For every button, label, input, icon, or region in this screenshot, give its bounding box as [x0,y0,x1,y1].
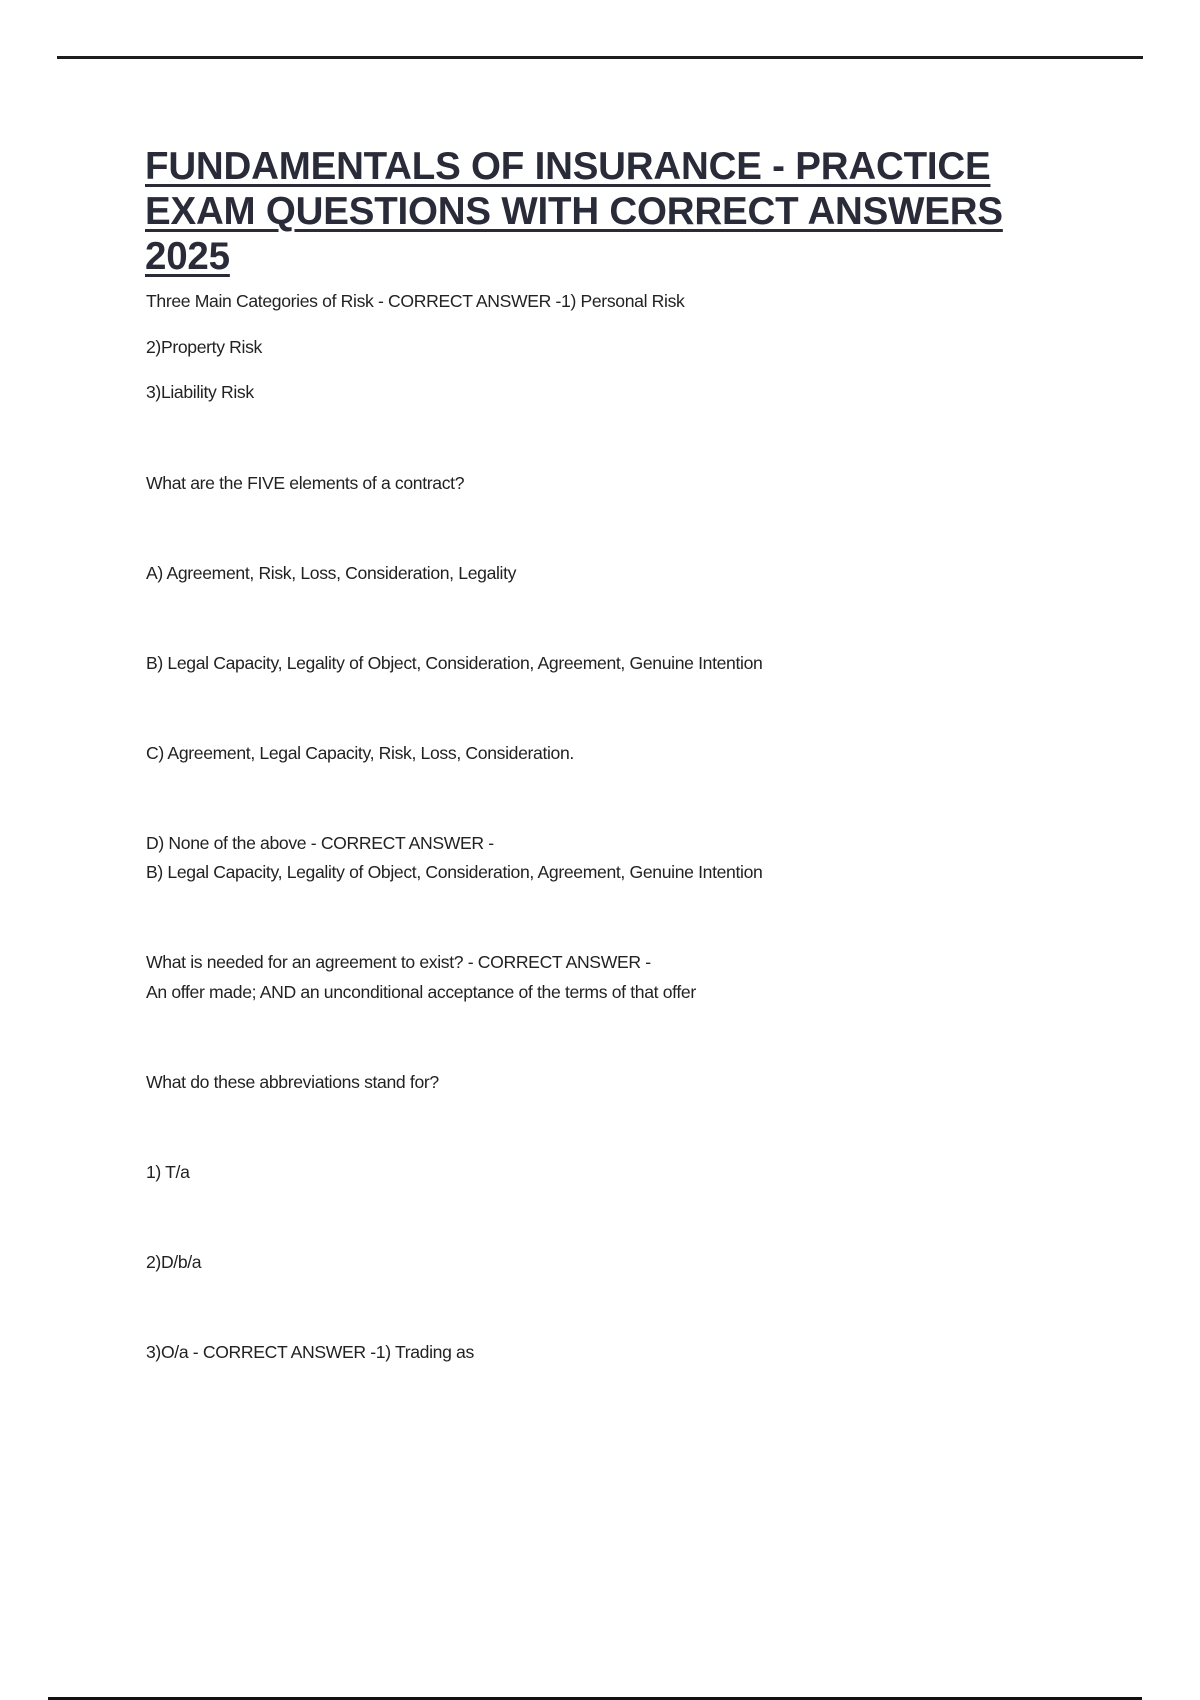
title-line-3: 2025 [145,235,230,278]
q2-question: What are the FIVE elements of a contract… [146,472,464,494]
q2-option-b: B) Legal Capacity, Legality of Object, C… [146,652,762,674]
q4-item-1: 1) T/a [146,1161,190,1183]
q3-answer: An offer made; AND an unconditional acce… [146,981,696,1003]
q1-answer-line-2: 2)Property Risk [146,336,262,358]
title-line-2: EXAM QUESTIONS WITH CORRECT ANSWERS [145,190,1003,233]
q2-option-d: D) None of the above - CORRECT ANSWER - [146,832,494,854]
q1-question: Three Main Categories of Risk - CORRECT … [146,290,684,312]
q2-option-a: A) Agreement, Risk, Loss, Consideration,… [146,562,516,584]
header-rule [57,56,1143,59]
q3-question: What is needed for an agreement to exist… [146,951,651,973]
q2-option-c: C) Agreement, Legal Capacity, Risk, Loss… [146,742,574,764]
q4-item-2: 2)D/b/a [146,1251,201,1273]
title-line-1: FUNDAMENTALS OF INSURANCE - PRACTICE [145,145,990,188]
q1-answer-line-3: 3)Liability Risk [146,381,254,403]
document-title: FUNDAMENTALS OF INSURANCE - PRACTICE EXA… [145,144,1105,279]
q4-item-3-answer: 3)O/a - CORRECT ANSWER -1) Trading as [146,1341,474,1363]
q2-answer: B) Legal Capacity, Legality of Object, C… [146,861,762,883]
q4-question: What do these abbreviations stand for? [146,1071,439,1093]
